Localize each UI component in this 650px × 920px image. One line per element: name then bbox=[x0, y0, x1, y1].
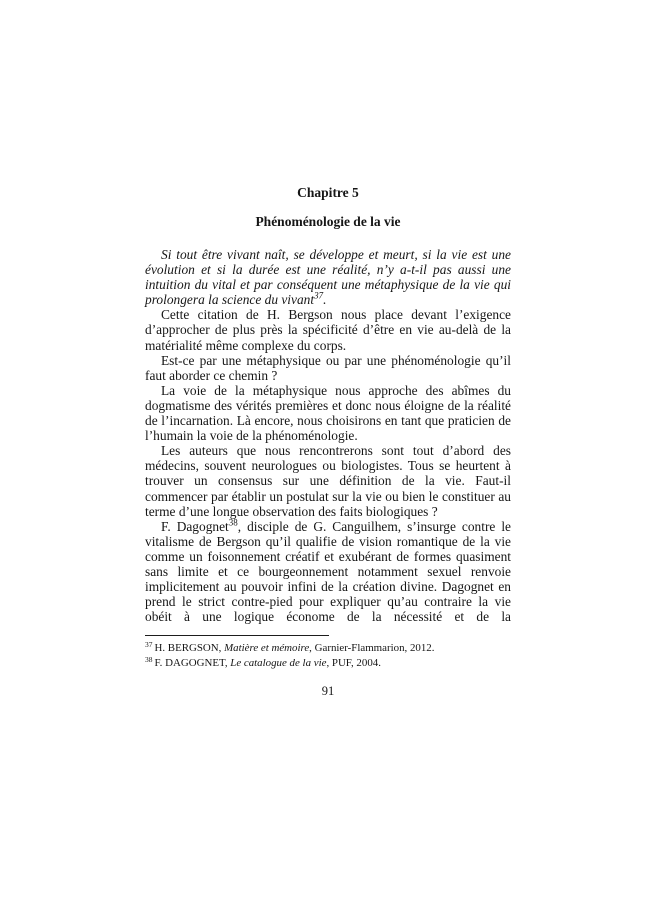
footnote-separator bbox=[145, 635, 329, 636]
chapter-title: Phénoménologie de la vie bbox=[145, 214, 511, 230]
footnote-ref: 37 bbox=[314, 291, 323, 301]
body-paragraph: Si tout être vivant naît, se développe e… bbox=[145, 247, 511, 307]
body-text: Si tout être vivant naît, se développe e… bbox=[145, 247, 511, 624]
chapter-heading: Chapitre 5 bbox=[145, 185, 511, 201]
footnote-ref: 37 bbox=[145, 640, 153, 649]
footnote: 38F. DAGOGNET, Le catalogue de la vie, P… bbox=[145, 656, 511, 671]
body-paragraph: Cette citation de H. Bergson nous place … bbox=[145, 307, 511, 352]
body-paragraph: Les auteurs que nous rencontrerons sont … bbox=[145, 443, 511, 518]
italic-text: Le catalogue de la vie bbox=[230, 657, 326, 669]
body-paragraph: La voie de la métaphysique nous approche… bbox=[145, 383, 511, 443]
footnote-ref: 38 bbox=[229, 517, 238, 527]
footnote-ref: 38 bbox=[145, 655, 153, 664]
body-paragraph: Est-ce par une métaphysique ou par une p… bbox=[145, 353, 511, 383]
italic-text: Matière et mémoire bbox=[224, 642, 309, 654]
body-paragraph: F. Dagognet38, disciple de G. Canguilhem… bbox=[145, 519, 511, 625]
page-number: 91 bbox=[145, 684, 511, 699]
footnote: 37H. BERGSON, Matière et mémoire, Garnie… bbox=[145, 641, 511, 656]
footnotes: 37H. BERGSON, Matière et mémoire, Garnie… bbox=[145, 641, 511, 671]
page-content: Chapitre 5 Phénoménologie de la vie Si t… bbox=[145, 185, 511, 699]
